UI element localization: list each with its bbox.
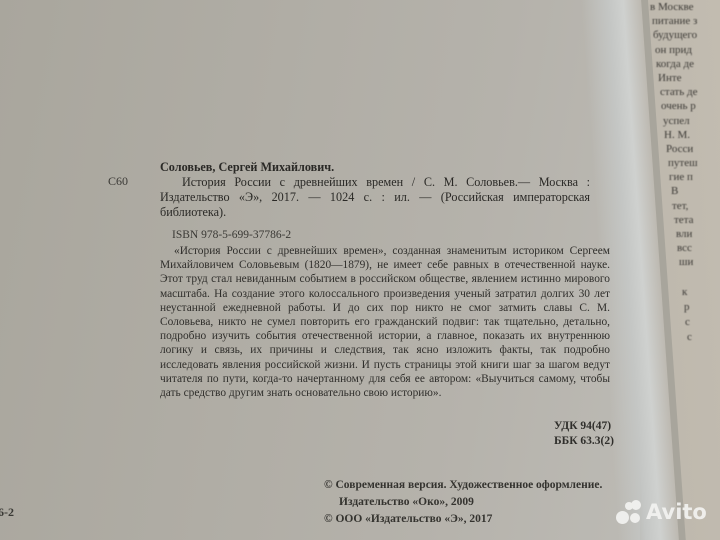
right-page-line: когда де xyxy=(656,57,720,71)
right-page-line xyxy=(680,270,720,285)
right-page-line: он прид xyxy=(655,43,720,57)
right-page-line: тет, xyxy=(672,199,720,213)
annotation: «История России с древнейших времен», со… xyxy=(160,244,610,400)
right-page-line: гие п xyxy=(669,170,720,184)
avito-watermark: Avito xyxy=(616,500,707,524)
udk-code: УДК 94(47) xyxy=(554,419,614,434)
right-page-line: ши xyxy=(679,255,720,269)
copyright-line-2: Издательство «Око», 2009 xyxy=(324,494,602,511)
right-page-line: с xyxy=(685,315,720,330)
right-page-line: тета xyxy=(674,213,720,227)
right-page-line: в Москве xyxy=(650,0,720,14)
right-page-line: к xyxy=(682,285,720,300)
copyright-block: © Современная версия. Художественное офо… xyxy=(324,477,602,528)
right-page-text: в Москвепитание збудущегоон придкогда де… xyxy=(650,0,720,345)
right-page-line: очень р xyxy=(661,99,720,113)
copyright-line-1: © Современная версия. Художественное офо… xyxy=(324,477,602,494)
right-page-line: вли xyxy=(676,227,720,241)
bibliographic-record: Соловьев, Сергей Михайлович. История Рос… xyxy=(160,160,590,220)
right-page-line: Инте xyxy=(658,71,720,85)
classification-codes: УДК 94(47) ББК 63.3(2) xyxy=(554,419,614,449)
right-page-line: будущего xyxy=(653,28,720,42)
isbn: ISBN 978-5-699-37786-2 xyxy=(172,229,291,241)
right-page-line: р xyxy=(684,300,720,315)
right-page-line: путеш xyxy=(668,156,720,170)
avito-dots-logo-icon xyxy=(616,500,642,524)
right-page-line: успел xyxy=(663,114,720,128)
title-description: История России с древнейших времен / С. … xyxy=(160,175,590,220)
right-page-line: стать де xyxy=(660,85,720,99)
annotation-text: «История России с древнейших времен», со… xyxy=(160,244,610,400)
author-heading: Соловьев, Сергей Михайлович. xyxy=(160,160,590,175)
right-page-line: Н. М. xyxy=(664,128,720,142)
bbk-code: ББК 63.3(2) xyxy=(554,434,614,449)
copyright-line-3: © ООО «Издательство «Э», 2017 xyxy=(324,511,602,528)
page-number-fragment: 6-2 xyxy=(0,505,14,520)
right-page-line: питание з xyxy=(652,14,720,28)
right-page-line: Росси xyxy=(666,142,720,156)
right-page-line: всс xyxy=(677,241,720,255)
catalog-code: С60 xyxy=(108,174,128,189)
right-page-line: с xyxy=(687,330,720,345)
avito-wordmark: Avito xyxy=(646,500,707,524)
right-page-line: В xyxy=(671,184,720,198)
